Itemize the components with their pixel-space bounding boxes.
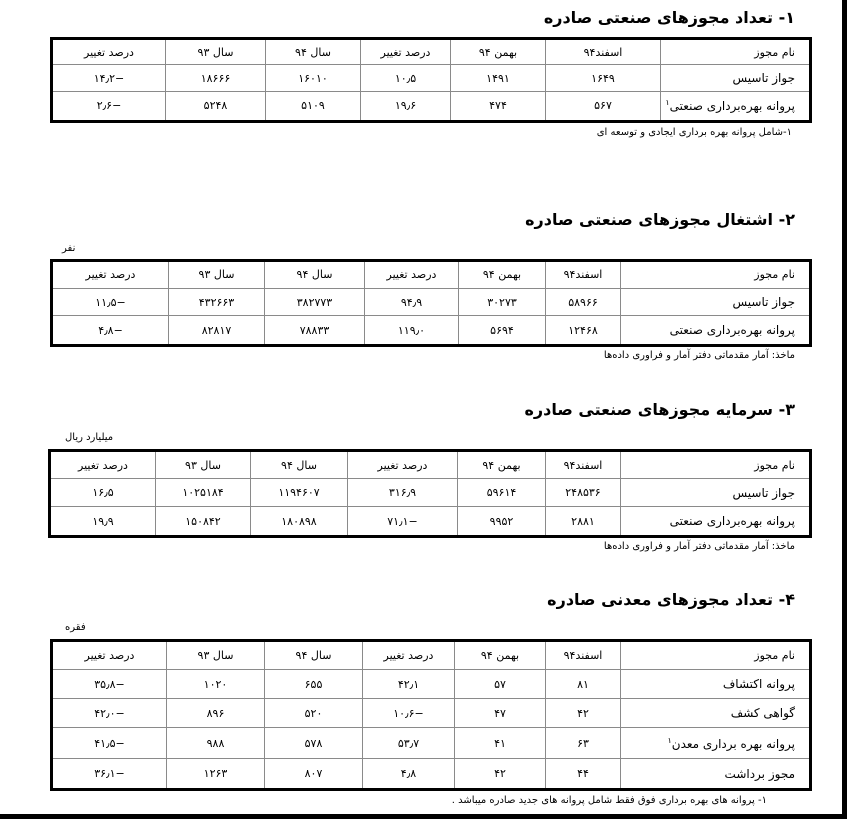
table-cell: ۶۳ — [546, 728, 621, 759]
section-3-source: ماخذ: آمار مقدماتی دفتر آمار و فراوری دا… — [604, 541, 795, 552]
section-4-title: ۴- تعداد مجوزهای معدنی صادره — [547, 590, 795, 609]
table-row: پروانه اکتشاف ۸۱ ۵۷ ۴۲٫۱ ۶۵۵ ۱۰۲۰ −۳۵٫۸ — [52, 670, 811, 699]
table-cell: ۱۰۲۵۱۸۴ — [156, 479, 251, 507]
row-label: گواهی کشف — [621, 699, 811, 728]
table-cell: ۵۶۷ — [546, 91, 661, 121]
table-row: پروانه بهره برداری معدن۱ ۶۳ ۴۱ ۵۳٫۷ ۵۷۸ … — [52, 728, 811, 759]
section-3-unit: میلیارد ریال — [65, 432, 113, 443]
table-cell: ۱۶٫۵ — [50, 479, 156, 507]
table-cell: ۱۰۲۰ — [167, 670, 265, 699]
column-header: درصد تغییر — [50, 451, 156, 479]
table-row: جواز تاسیس ۲۴۸۵۳۶ ۵۹۶۱۴ ۳۱۶٫۹ ۱۱۹۴۶۰۷ ۱۰… — [50, 479, 811, 507]
table-cell: ۴٫۸ — [363, 759, 455, 790]
table-cell: ۵۱۰۹ — [266, 91, 361, 121]
column-header: بهمن ۹۴ — [459, 261, 546, 289]
column-header: سال ۹۳ — [169, 261, 265, 289]
column-header: درصد تغییر — [52, 39, 166, 65]
table-cell: ۳۱۶٫۹ — [348, 479, 458, 507]
column-header: درصد تغییر — [365, 261, 459, 289]
table-cell: −۳۵٫۸ — [52, 670, 167, 699]
table-cell: ۴۲ — [546, 699, 621, 728]
table-cell: ۱۹٫۶ — [361, 91, 451, 121]
table-cell: −۴۲٫۰ — [52, 699, 167, 728]
table-cell: ۱۰٫۵ — [361, 65, 451, 91]
section-2-unit: نفر — [62, 243, 75, 254]
table-cell: ۲۴۸۵۳۶ — [546, 479, 621, 507]
column-header: سال ۹۳ — [167, 641, 265, 670]
column-header: نام مجوز — [661, 39, 811, 65]
section-4-footnote: ۱- پروانه های بهره برداری فوق فقط شامل پ… — [452, 795, 767, 806]
table-cell: ۵۲۰ — [265, 699, 363, 728]
table-cell: ۶۵۵ — [265, 670, 363, 699]
column-header: بهمن ۹۴ — [455, 641, 546, 670]
table-cell: ۱۸۰۸۹۸ — [251, 507, 348, 537]
column-header: درصد تغییر — [363, 641, 455, 670]
column-header: درصد تغییر — [361, 39, 451, 65]
column-header: سال ۹۳ — [166, 39, 266, 65]
table-cell: −۲٫۶ — [52, 91, 166, 121]
section-4-table: نام مجوز اسفند۹۴ بهمن ۹۴ درصد تغییر سال … — [50, 639, 812, 791]
table-row: پروانه بهره‌برداری صنعتی ۲۸۸۱ ۹۹۵۲ −۷۱٫۱… — [50, 507, 811, 537]
column-header: سال ۹۳ — [156, 451, 251, 479]
row-label: پروانه بهره برداری معدن۱ — [621, 728, 811, 759]
table-cell: ۴۴ — [546, 759, 621, 790]
row-label: جواز تاسیس — [661, 65, 811, 91]
table-cell: ۱۶۴۹ — [546, 65, 661, 91]
table-cell: −۷۱٫۱ — [348, 507, 458, 537]
row-label: مجوز برداشت — [621, 759, 811, 790]
table-cell: ۳۸۲۷۷۳ — [265, 288, 365, 316]
table-cell: ۴۲٫۱ — [363, 670, 455, 699]
table-cell: ۵۷۸ — [265, 728, 363, 759]
column-header: اسفند۹۴ — [546, 261, 621, 289]
column-header: اسفند۹۴ — [546, 451, 621, 479]
table-cell: ۹۸۸ — [167, 728, 265, 759]
column-header: اسفند۹۴ — [546, 39, 661, 65]
column-header: سال ۹۴ — [266, 39, 361, 65]
column-header: سال ۹۴ — [265, 641, 363, 670]
table-cell: ۵۹۶۱۴ — [458, 479, 546, 507]
table-cell: −۱۱٫۵ — [52, 288, 169, 316]
table-cell: ۱۵۰۸۴۲ — [156, 507, 251, 537]
table-cell: ۸۰۷ — [265, 759, 363, 790]
section-2-title: ۲- اشتغال مجوزهای صنعتی صادره — [525, 210, 795, 229]
row-label: جواز تاسیس — [621, 288, 811, 316]
table-row: جواز تاسیس ۱۶۴۹ ۱۴۹۱ ۱۰٫۵ ۱۶۰۱۰ ۱۸۶۶۶ −۱… — [52, 65, 811, 91]
table-cell: ۱۱۹٫۰ — [365, 316, 459, 346]
row-label: پروانه بهره‌برداری صنعتی۱ — [661, 91, 811, 121]
column-header: اسفند۹۴ — [546, 641, 621, 670]
table-row: گواهی کشف ۴۲ ۴۷ −۱۰٫۶ ۵۲۰ ۸۹۶ −۴۲٫۰ — [52, 699, 811, 728]
column-header: درصد تغییر — [52, 641, 167, 670]
section-3-title: ۳- سرمایه مجوزهای صنعتی صادره — [524, 400, 795, 419]
table-cell: ۴۳۲۶۶۳ — [169, 288, 265, 316]
table-cell: ۵۷ — [455, 670, 546, 699]
column-header: نام مجوز — [621, 451, 811, 479]
table-cell: ۱۶۰۱۰ — [266, 65, 361, 91]
table-row: جواز تاسیس ۵۸۹۶۶ ۳۰۲۷۳ ۹۴٫۹ ۳۸۲۷۷۳ ۴۳۲۶۶… — [52, 288, 811, 316]
row-label: پروانه بهره‌برداری صنعتی — [621, 316, 811, 346]
row-label: پروانه اکتشاف — [621, 670, 811, 699]
column-header: درصد تغییر — [52, 261, 169, 289]
table-cell: ۷۸۸۳۳ — [265, 316, 365, 346]
table-cell: ۴۷ — [455, 699, 546, 728]
column-header: بهمن ۹۴ — [451, 39, 546, 65]
table-header-row: نام مجوز اسفند۹۴ بهمن ۹۴ درصد تغییر سال … — [52, 641, 811, 670]
section-1-title: ۱- تعداد مجوزهای صنعتی صادره — [544, 8, 795, 27]
section-2-table: نام مجوز اسفند۹۴ بهمن ۹۴ درصد تغییر سال … — [50, 259, 812, 347]
table-header-row: نام مجوز اسفند۹۴ بهمن ۹۴ درصد تغییر سال … — [50, 451, 811, 479]
table-cell: ۸۹۶ — [167, 699, 265, 728]
table-cell: ۹۹۵۲ — [458, 507, 546, 537]
table-cell: ۴۲ — [455, 759, 546, 790]
column-header: سال ۹۴ — [265, 261, 365, 289]
table-row: پروانه بهره‌برداری صنعتی ۱۲۴۶۸ ۵۶۹۴ ۱۱۹٫… — [52, 316, 811, 346]
page-border-bottom — [0, 814, 847, 819]
table-cell: ۳۰۲۷۳ — [459, 288, 546, 316]
table-cell: ۱۸۶۶۶ — [166, 65, 266, 91]
row-label: جواز تاسیس — [621, 479, 811, 507]
table-cell: −۱۰٫۶ — [363, 699, 455, 728]
table-cell: ۱۹٫۹ — [50, 507, 156, 537]
column-header: سال ۹۴ — [251, 451, 348, 479]
table-cell: ۴۱ — [455, 728, 546, 759]
table-header-row: نام مجوز اسفند۹۴ بهمن ۹۴ درصد تغییر سال … — [52, 39, 811, 65]
table-cell: ۵۶۹۴ — [459, 316, 546, 346]
table-cell: −۴۱٫۵ — [52, 728, 167, 759]
table-cell: ۱۲۴۶۸ — [546, 316, 621, 346]
row-label: پروانه بهره‌برداری صنعتی — [621, 507, 811, 537]
table-cell: ۵۲۴۸ — [166, 91, 266, 121]
table-row: پروانه بهره‌برداری صنعتی۱ ۵۶۷ ۴۷۴ ۱۹٫۶ ۵… — [52, 91, 811, 121]
table-cell: ۱۲۶۳ — [167, 759, 265, 790]
section-1-table: نام مجوز اسفند۹۴ بهمن ۹۴ درصد تغییر سال … — [50, 37, 812, 123]
section-2-source: ماخذ: آمار مقدماتی دفتر آمار و فراوری دا… — [604, 350, 795, 361]
table-cell: ۱۴۹۱ — [451, 65, 546, 91]
column-header: درصد تغییر — [348, 451, 458, 479]
table-header-row: نام مجوز اسفند۹۴ بهمن ۹۴ درصد تغییر سال … — [52, 261, 811, 289]
table-cell: ۵۸۹۶۶ — [546, 288, 621, 316]
column-header: نام مجوز — [621, 641, 811, 670]
table-row: مجوز برداشت ۴۴ ۴۲ ۴٫۸ ۸۰۷ ۱۲۶۳ −۳۶٫۱ — [52, 759, 811, 790]
table-cell: ۸۱ — [546, 670, 621, 699]
page-border-right — [842, 0, 847, 819]
section-4-unit: فقره — [65, 622, 86, 633]
table-cell: ۸۲۸۱۷ — [169, 316, 265, 346]
table-cell: −۱۴٫۲ — [52, 65, 166, 91]
table-cell: ۵۳٫۷ — [363, 728, 455, 759]
table-cell: −۴٫۸ — [52, 316, 169, 346]
table-cell: ۱۱۹۴۶۰۷ — [251, 479, 348, 507]
section-1-footnote: ۱-شامل پروانه بهره برداری ایجادی و توسعه… — [597, 127, 792, 138]
table-cell: ۹۴٫۹ — [365, 288, 459, 316]
column-header: بهمن ۹۴ — [458, 451, 546, 479]
section-3-table: نام مجوز اسفند۹۴ بهمن ۹۴ درصد تغییر سال … — [48, 449, 812, 538]
table-cell: ۴۷۴ — [451, 91, 546, 121]
column-header: نام مجوز — [621, 261, 811, 289]
table-cell: −۳۶٫۱ — [52, 759, 167, 790]
table-cell: ۲۸۸۱ — [546, 507, 621, 537]
